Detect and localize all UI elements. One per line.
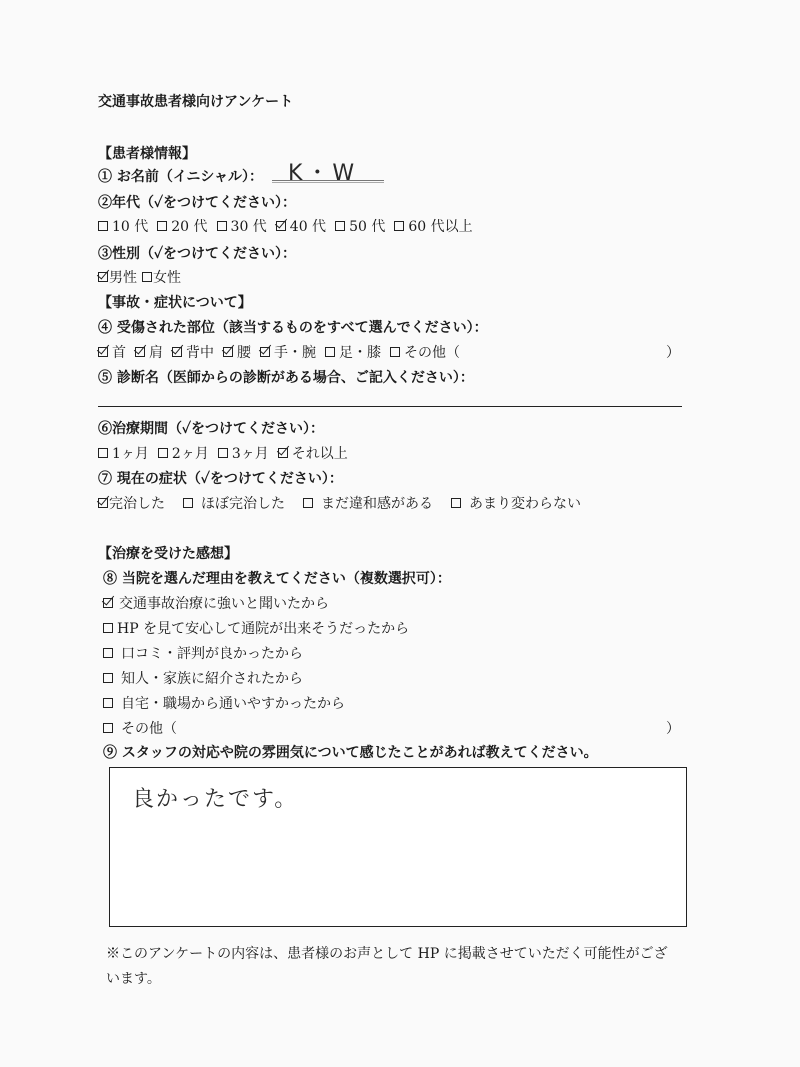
- q2-options: 10 代 20 代 30 代 40 代 50 代 60 代以上: [98, 216, 482, 236]
- checkbox[interactable]: [335, 221, 345, 231]
- q7-option-mostly-healed[interactable]: ほぼ完治した: [183, 493, 285, 513]
- q2-option-10s[interactable]: 10 代: [98, 216, 148, 236]
- q3-options: 男性 女性: [98, 267, 190, 287]
- q6-option-1-month[interactable]: 1ヶ月: [98, 443, 149, 463]
- q7-label: ⑦ 現在の症状（✓をつけてください）：: [98, 468, 343, 488]
- q6-option-2-months[interactable]: 2ヶ月: [158, 443, 209, 463]
- q8-option-referral[interactable]: 知人・家族に紹介されたから: [103, 668, 303, 688]
- footnote-line-1: ※このアンケートの内容は、患者様のお声として HP に掲載させていただく可能性が…: [106, 943, 668, 963]
- checkbox-checked[interactable]: [98, 498, 108, 508]
- q3-option-male[interactable]: 男性: [98, 267, 137, 287]
- q2-option-60s-plus[interactable]: 60 代以上: [394, 216, 472, 236]
- q6-label: ⑥治療期間（✓をつけてください）：: [98, 418, 324, 438]
- checkbox[interactable]: [394, 221, 404, 231]
- checkbox[interactable]: [303, 498, 313, 508]
- section-impressions: 【治療を受けた感想】: [98, 543, 238, 563]
- q4-options: 首 肩 背中 腰 手・腕 足・膝 その他（: [98, 342, 469, 362]
- checkbox[interactable]: [451, 498, 461, 508]
- q6-option-3-months[interactable]: 3ヶ月: [218, 443, 269, 463]
- q9-answer-box[interactable]: 良かったです。: [109, 767, 687, 927]
- q6-options: 1ヶ月 2ヶ月 3ヶ月 それ以上: [98, 443, 357, 463]
- q2-option-50s[interactable]: 50 代: [335, 216, 385, 236]
- q7-options: 完治した ほぼ完治した まだ違和感がある あまり変わらない: [98, 493, 590, 513]
- section-accident-symptoms: 【事故・症状について】: [98, 292, 252, 312]
- q5-label: ⑤ 診断名（医師からの診断がある場合、ご記入ください）：: [98, 367, 474, 387]
- q4-option-other[interactable]: その他（: [390, 342, 460, 362]
- q8-label: ⑧ 当院を選んだ理由を教えてください（複数選択可）：: [103, 568, 451, 588]
- checkbox[interactable]: [98, 448, 108, 458]
- checkbox-checked[interactable]: [135, 347, 145, 357]
- checkbox-checked[interactable]: [223, 347, 233, 357]
- q9-label: ⑨ スタッフの対応や院の雰囲気について感じたことがあれば教えてください。: [103, 742, 598, 762]
- checkbox-checked[interactable]: [278, 448, 288, 458]
- checkbox[interactable]: [390, 347, 400, 357]
- checkbox[interactable]: [218, 448, 228, 458]
- q4-option-back[interactable]: 背中: [172, 342, 214, 362]
- q4-option-neck[interactable]: 首: [98, 342, 126, 362]
- checkbox-checked[interactable]: [103, 598, 113, 608]
- q6-option-longer[interactable]: それ以上: [278, 443, 348, 463]
- q4-close-paren: ）: [666, 342, 680, 362]
- checkbox[interactable]: [103, 648, 113, 658]
- q1-label: ① お名前（イニシャル）：: [98, 166, 263, 186]
- checkbox[interactable]: [103, 723, 113, 733]
- q8-option-strong-in-accident-treatment[interactable]: 交通事故治療に強いと聞いたから: [103, 593, 329, 613]
- q2-option-30s[interactable]: 30 代: [217, 216, 267, 236]
- checkbox-checked[interactable]: [172, 347, 182, 357]
- checkbox[interactable]: [157, 221, 167, 231]
- checkbox[interactable]: [183, 498, 193, 508]
- q8-option-website[interactable]: HP を見て安心して通院が出来そうだったから: [103, 618, 409, 638]
- q8-option-other[interactable]: その他（: [103, 718, 177, 738]
- checkbox[interactable]: [98, 221, 108, 231]
- q4-label: ④ 受傷された部位（該当するものをすべて選んでください）：: [98, 317, 488, 337]
- q8-option-reviews[interactable]: 口コミ・評判が良かったから: [103, 643, 303, 663]
- section-patient-info: 【患者様情報】: [98, 143, 196, 163]
- checkbox[interactable]: [325, 347, 335, 357]
- checkbox[interactable]: [103, 623, 113, 633]
- q5-answer-line[interactable]: [98, 406, 682, 407]
- checkbox[interactable]: [103, 698, 113, 708]
- document-title: 交通事故患者様向けアンケート: [98, 91, 293, 111]
- footnote-line-2: います。: [106, 968, 161, 988]
- checkbox[interactable]: [103, 673, 113, 683]
- q4-option-hand-arm[interactable]: 手・腕: [260, 342, 316, 362]
- checkbox-checked[interactable]: [98, 347, 108, 357]
- q8-option-convenient-location[interactable]: 自宅・職場から通いやすかったから: [103, 693, 345, 713]
- q3-option-female[interactable]: 女性: [142, 267, 181, 287]
- q9-handwritten-answer: 良かったです。: [132, 782, 298, 813]
- q4-option-lower-back[interactable]: 腰: [223, 342, 251, 362]
- checkbox-checked[interactable]: [260, 347, 270, 357]
- checkbox[interactable]: [142, 272, 152, 282]
- checkbox-checked[interactable]: [276, 221, 286, 231]
- q7-option-fully-healed[interactable]: 完治した: [98, 493, 165, 513]
- checkbox-checked[interactable]: [98, 272, 108, 282]
- q7-option-still-discomfort[interactable]: まだ違和感がある: [303, 493, 433, 513]
- q1-underline-2: [272, 182, 384, 183]
- q3-label: ③性別（✓をつけてください）：: [98, 243, 296, 263]
- q4-option-shoulder[interactable]: 肩: [135, 342, 163, 362]
- q1-underline: [272, 180, 384, 181]
- q8-close-paren: ）: [666, 718, 680, 738]
- q2-option-20s[interactable]: 20 代: [157, 216, 207, 236]
- q4-option-leg-knee[interactable]: 足・膝: [325, 342, 381, 362]
- q2-option-40s[interactable]: 40 代: [276, 216, 326, 236]
- checkbox[interactable]: [158, 448, 168, 458]
- q7-option-not-changed[interactable]: あまり変わらない: [451, 493, 581, 513]
- checkbox[interactable]: [217, 221, 227, 231]
- q2-label: ②年代（✓をつけてください）：: [98, 192, 296, 212]
